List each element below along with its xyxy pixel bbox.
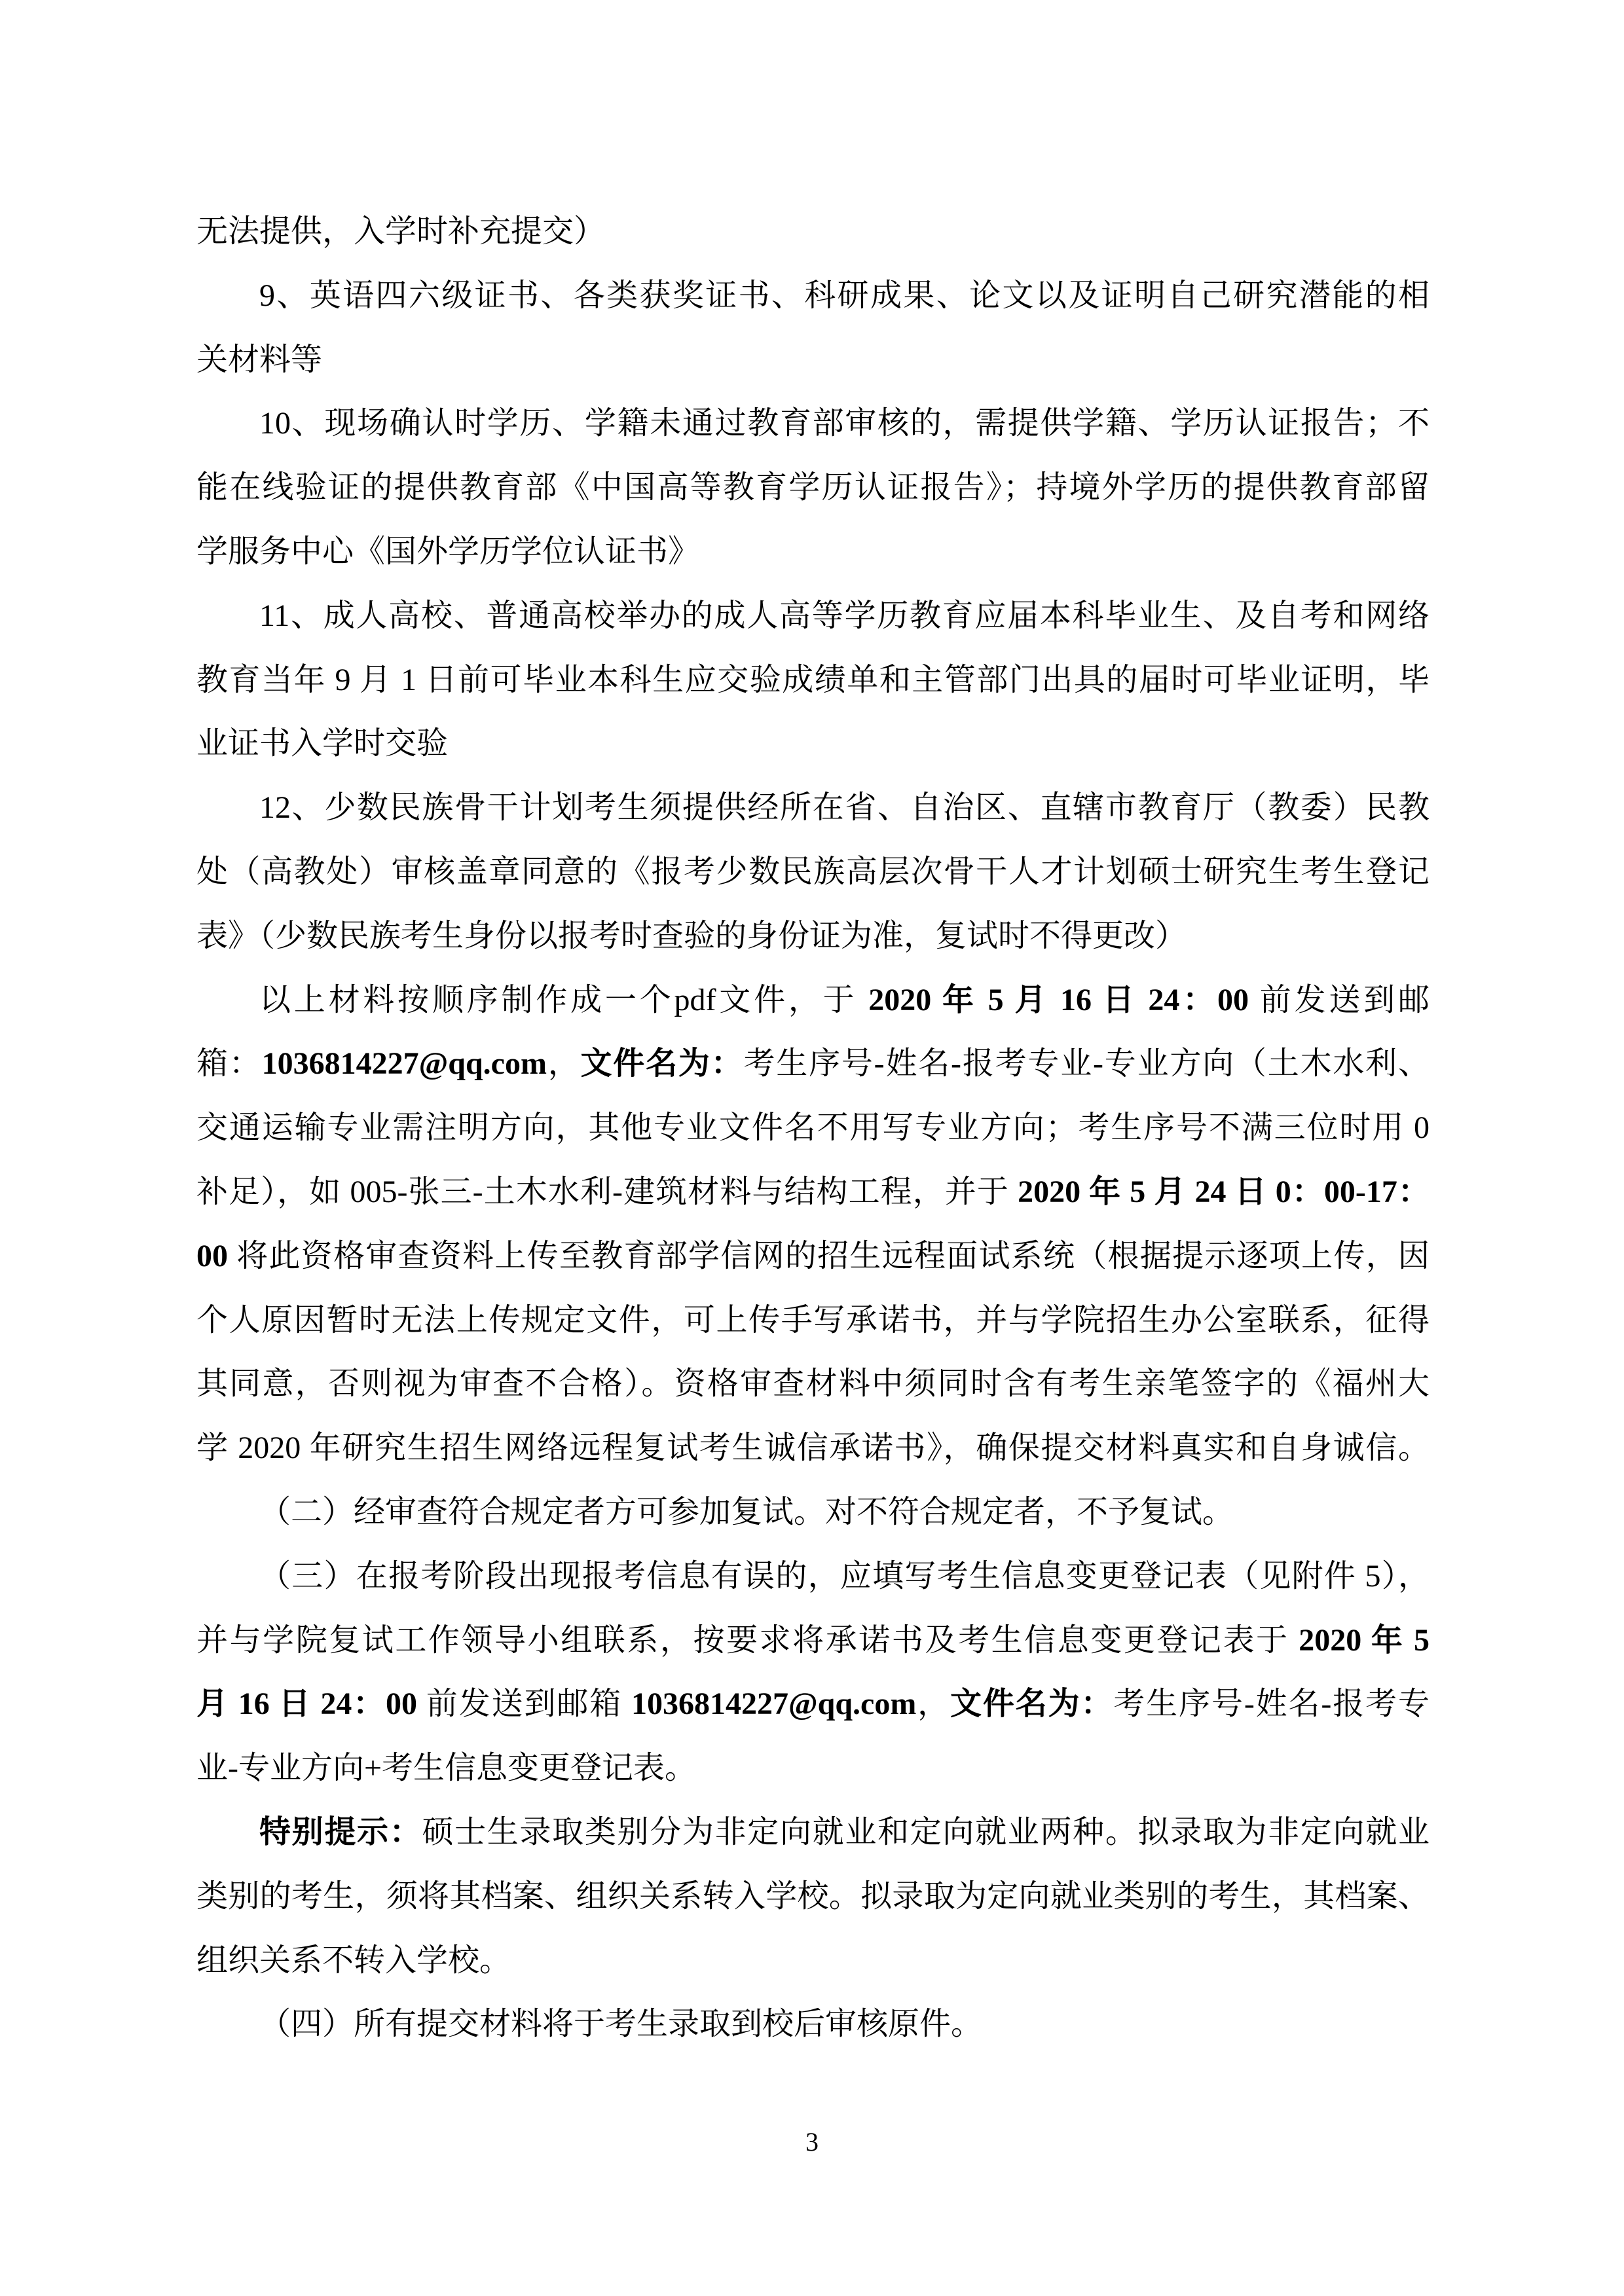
text-line: 10、现场确认时学历、学籍未通过教育部审核的，需提供学籍、学历认证报告；不 [196,392,1430,456]
text-run: 并与学院复试工作领导小组联系，按要求将承诺书及考生信息变更登记表于 [196,1623,1299,1658]
text-run: （三）在报考阶段出现报考信息有误的，应填写考生信息变更登记表（见附件 5）， [259,1559,1430,1594]
text-run: 以上材料按顺序制作成一个pdf文件，于 [259,983,868,1017]
text-run: 学 2020 年研究生招生网络远程复试考生诚信承诺书》，确保提交材料真实和自身诚… [196,1430,1430,1465]
text-line: （二）经审查符合规定者方可参加复试。对不符合规定者，不予复试。 [196,1480,1430,1544]
text-line: （四）所有提交材料将于考生录取到校后审核原件。 [196,1992,1430,2056]
text-run: 箱： [196,1046,262,1081]
text-line: 11、成人高校、普通高校举办的成人高等学历教育应届本科毕业生、及自考和网络 [196,584,1430,648]
text-run: 个人原因暂时无法上传规定文件，可上传手写承诺书，并与学院招生办公室联系，征得 [196,1303,1430,1338]
text-line: 业-专业方向+考生信息变更登记表。 [196,1736,1430,1800]
text-run: 学服务中心《国外学历学位认证书》 [196,534,699,569]
text-line: 类别的考生，须将其档案、组织关系转入学校。拟录取为定向就业类别的考生，其档案、 [196,1865,1430,1929]
text-line: 以上材料按顺序制作成一个pdf文件，于 2020 年 5 月 16 日 24：0… [196,968,1430,1032]
text-run: 将此资格审查资料上传至教育部学信网的招生远程面试系统（根据提示逐项上传，因 [228,1239,1430,1273]
text-run: 考生序号-姓名-报考专业-专业方向（土木水利、 [744,1046,1430,1081]
text-run: 硕士生录取类别分为非定向就业和定向就业两种。拟录取为非定向就业 [422,1815,1430,1850]
text-run: 其同意，否则视为审查不合格）。资格审查材料中须同时含有考生亲笔签字的《福州大 [196,1366,1430,1401]
text-line: 月 16 日 24：00 前发送到邮箱 1036814227@qq.com，文件… [196,1672,1430,1736]
text-run: ， [547,1046,581,1081]
text-line: 个人原因暂时无法上传规定文件，可上传手写承诺书，并与学院招生办公室联系，征得 [196,1288,1430,1353]
text-run: ， [916,1686,950,1721]
text-line: 其同意，否则视为审查不合格）。资格审查材料中须同时含有考生亲笔签字的《福州大 [196,1352,1430,1416]
text-run: 能在线验证的提供教育部《中国高等教育学历认证报告》；持境外学历的提供教育部留 [196,470,1430,505]
text-line: 表》（少数民族考生身份以报考时查验的身份证为准，复试时不得更改） [196,904,1430,968]
text-line: 学服务中心《国外学历学位认证书》 [196,520,1430,584]
text-line: 学 2020 年研究生招生网络远程复试考生诚信承诺书》，确保提交材料真实和自身诚… [196,1416,1430,1480]
text-line: 并与学院复试工作领导小组联系，按要求将承诺书及考生信息变更登记表于 2020 年… [196,1609,1430,1673]
bold-text-run: 2020 年 5 月 16 日 24：00 [868,983,1249,1017]
page-number: 3 [0,2129,1624,2155]
text-line: 业证书入学时交验 [196,712,1430,776]
text-run: （四）所有提交材料将于考生录取到校后审核原件。 [259,2007,982,2041]
text-line: （三）在报考阶段出现报考信息有误的，应填写考生信息变更登记表（见附件 5）， [196,1544,1430,1609]
text-run: 10、现场确认时学历、学籍未通过教育部审核的，需提供学籍、学历认证报告；不 [259,406,1430,441]
text-run: 关材料等 [196,342,322,377]
text-line: 处（高教处）审核盖章同意的《报考少数民族高层次骨干人才计划硕士研究生考生登记 [196,840,1430,904]
text-line: 交通运输专业需注明方向，其他专业文件名不用写专业方向；考生序号不满三位时用 0 [196,1096,1430,1160]
document-body: 无法提供，入学时补充提交）9、英语四六级证书、各类获奖证书、科研成果、论文以及证… [196,200,1430,2056]
text-run: 组织关系不转入学校。 [196,1943,511,1978]
bold-text-run: 2020 年 5 [1299,1623,1430,1658]
bold-text-run: 1036814227@qq.com [631,1686,916,1721]
text-run: 教育当年 9 月 1 日前可毕业本科生应交验成绩单和主管部门出具的届时可毕业证明… [196,663,1430,697]
text-run: 业-专业方向+考生信息变更登记表。 [196,1751,696,1785]
text-run: 交通运输专业需注明方向，其他专业文件名不用写专业方向；考生序号不满三位时用 0 [196,1110,1430,1145]
text-run: 补足），如 005-张三-土木水利-建筑材料与结构工程，并于 [196,1175,1018,1209]
bold-text-run: 2020 年 5 月 24 日 0：00-17： [1018,1175,1430,1209]
text-line: 补足），如 005-张三-土木水利-建筑材料与结构工程，并于 2020 年 5 … [196,1160,1430,1224]
text-run: 9、英语四六级证书、各类获奖证书、科研成果、论文以及证明自己研究潜能的相 [259,278,1430,313]
text-line: 关材料等 [196,328,1430,392]
text-line: 教育当年 9 月 1 日前可毕业本科生应交验成绩单和主管部门出具的届时可毕业证明… [196,648,1430,712]
text-run: 前发送到邮 [1249,983,1430,1017]
text-line: 00 将此资格审查资料上传至教育部学信网的招生远程面试系统（根据提示逐项上传，因 [196,1224,1430,1288]
text-run: 处（高教处）审核盖章同意的《报考少数民族高层次骨干人才计划硕士研究生考生登记 [196,854,1430,889]
text-line: 组织关系不转入学校。 [196,1929,1430,1993]
bold-text-run: 文件名为： [581,1046,744,1081]
text-run: 考生序号-姓名-报考专 [1113,1686,1430,1721]
text-run: 11、成人高校、普通高校举办的成人高等学历教育应届本科毕业生、及自考和网络 [259,598,1430,633]
text-run: 无法提供，入学时补充提交） [196,214,605,249]
text-run: 类别的考生，须将其档案、组织关系转入学校。拟录取为定向就业类别的考生，其档案、 [196,1879,1430,1914]
text-line: 9、英语四六级证书、各类获奖证书、科研成果、论文以及证明自己研究潜能的相 [196,264,1430,328]
text-line: 12、少数民族骨干计划考生须提供经所在省、自治区、直辖市教育厅（教委）民教 [196,776,1430,840]
bold-text-run: 文件名为： [950,1686,1113,1721]
bold-text-run: 1036814227@qq.com [262,1046,547,1081]
bold-text-run: 特别提示： [259,1815,422,1850]
text-run: 前发送到邮箱 [417,1686,631,1721]
text-line: 能在线验证的提供教育部《中国高等教育学历认证报告》；持境外学历的提供教育部留 [196,456,1430,520]
document-page: 无法提供，入学时补充提交）9、英语四六级证书、各类获奖证书、科研成果、论文以及证… [0,0,1624,2296]
text-line: 无法提供，入学时补充提交） [196,200,1430,264]
text-run: 12、少数民族骨干计划考生须提供经所在省、自治区、直辖市教育厅（教委）民教 [259,790,1430,825]
text-line: 箱：1036814227@qq.com，文件名为：考生序号-姓名-报考专业-专业… [196,1032,1430,1096]
text-run: 业证书入学时交验 [196,726,448,761]
text-line: 特别提示：硕士生录取类别分为非定向就业和定向就业两种。拟录取为非定向就业 [196,1800,1430,1865]
text-run: （二）经审查符合规定者方可参加复试。对不符合规定者，不予复试。 [259,1495,1234,1529]
text-run: 表》（少数民族考生身份以报考时查验的身份证为准，复试时不得更改） [196,919,1187,953]
bold-text-run: 00 [196,1239,228,1273]
bold-text-run: 月 16 日 24：00 [196,1686,417,1721]
